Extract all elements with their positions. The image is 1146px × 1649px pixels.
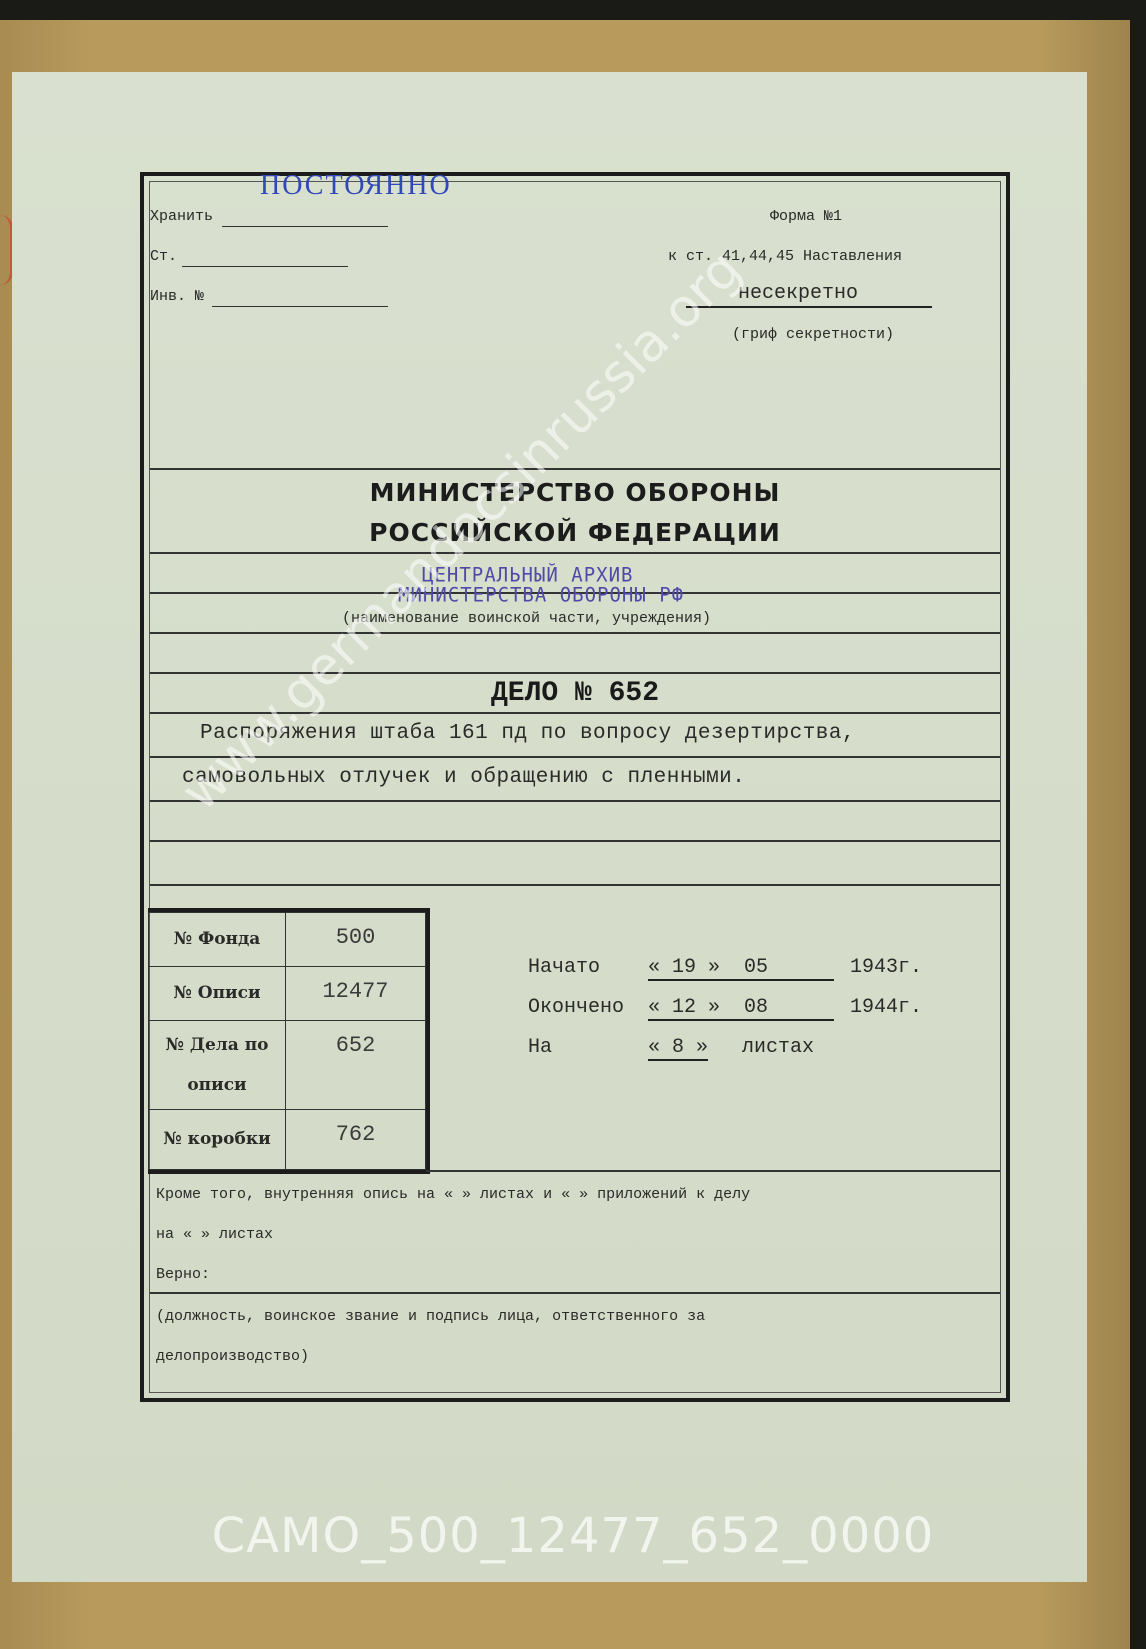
notes-line-1: Кроме того, внутренняя опись на « » лист… <box>156 1186 750 1203</box>
sheets-value: « 8 » <box>648 1036 708 1061</box>
divider <box>150 840 1000 842</box>
divider <box>150 632 1000 634</box>
sheets-label: На <box>528 1036 552 1059</box>
form-label: Форма №1 <box>770 208 842 225</box>
fond-value: 500 <box>286 913 426 967</box>
delo-value: 652 <box>286 1020 426 1109</box>
secrecy-value: несекретно <box>738 282 858 305</box>
delo-label: № Дела по описи <box>149 1020 286 1109</box>
notes-line-2: на « » листах <box>156 1226 273 1243</box>
opis-value: 12477 <box>286 966 426 1020</box>
table-row: № коробки 762 <box>149 1109 426 1169</box>
divider <box>426 1170 1000 1172</box>
divider <box>150 1292 1000 1294</box>
secrecy-caption: (гриф секретности) <box>732 326 894 343</box>
box-value: 762 <box>286 1109 426 1169</box>
table-row: № Дела по описи 652 <box>149 1020 426 1109</box>
divider <box>150 552 1000 554</box>
ended-label: Окончено <box>528 996 624 1019</box>
divider <box>150 468 1000 470</box>
ended-day: « 12 » <box>648 996 720 1019</box>
footer-image-id: CAMO_500_12477_652_0000 <box>0 1508 1146 1564</box>
ministry-line-1: МИНИСТЕРСТВО ОБОРОНЫ <box>150 478 1000 507</box>
box-label: № коробки <box>149 1109 286 1169</box>
form-inner-border: Хранить ПОСТОЯННО Ст. Инв. № Форма №1 к … <box>149 181 1001 1393</box>
divider <box>150 800 1000 802</box>
responsible-line-2: делопроизводство) <box>156 1348 309 1365</box>
keep-underline <box>222 226 388 227</box>
table-row: № Описи 12477 <box>149 966 426 1020</box>
started-label: Начато <box>528 956 600 979</box>
keep-stamp: ПОСТОЯННО <box>260 170 452 202</box>
verified-label: Верно: <box>156 1266 210 1283</box>
fond-label: № Фонда <box>149 913 286 967</box>
sheets-suffix: листах <box>742 1036 814 1059</box>
case-subject-line-2: самовольных отлучек и обращению с пленны… <box>182 766 745 789</box>
started-year: 1943г. <box>850 956 922 979</box>
started-month: 05 <box>744 956 768 979</box>
ended-year: 1944г. <box>850 996 922 1019</box>
table-row: № Фонда 500 <box>149 913 426 967</box>
started-date: « 19 » 05 <box>648 956 834 981</box>
archive-reference-table: № Фонда 500 № Описи 12477 № Дела по опис… <box>148 908 430 1174</box>
keep-label: Хранить <box>150 208 213 225</box>
opis-label: № Описи <box>149 966 286 1020</box>
inv-underline <box>212 306 388 307</box>
inv-label: Инв. № <box>150 288 204 305</box>
ended-month: 08 <box>744 996 768 1019</box>
st-label: Ст. <box>150 248 177 265</box>
responsible-line-1: (должность, воинское звание и подпись ли… <box>156 1308 705 1325</box>
st-underline <box>182 266 348 267</box>
started-day: « 19 » <box>648 956 720 979</box>
ministry-line-2: РОССИЙСКОЙ ФЕДЕРАЦИИ <box>150 518 1000 547</box>
ended-date: « 12 » 08 <box>648 996 834 1021</box>
divider <box>150 884 1000 886</box>
form-frame: Хранить ПОСТОЯННО Ст. Инв. № Форма №1 к … <box>140 172 1010 1402</box>
